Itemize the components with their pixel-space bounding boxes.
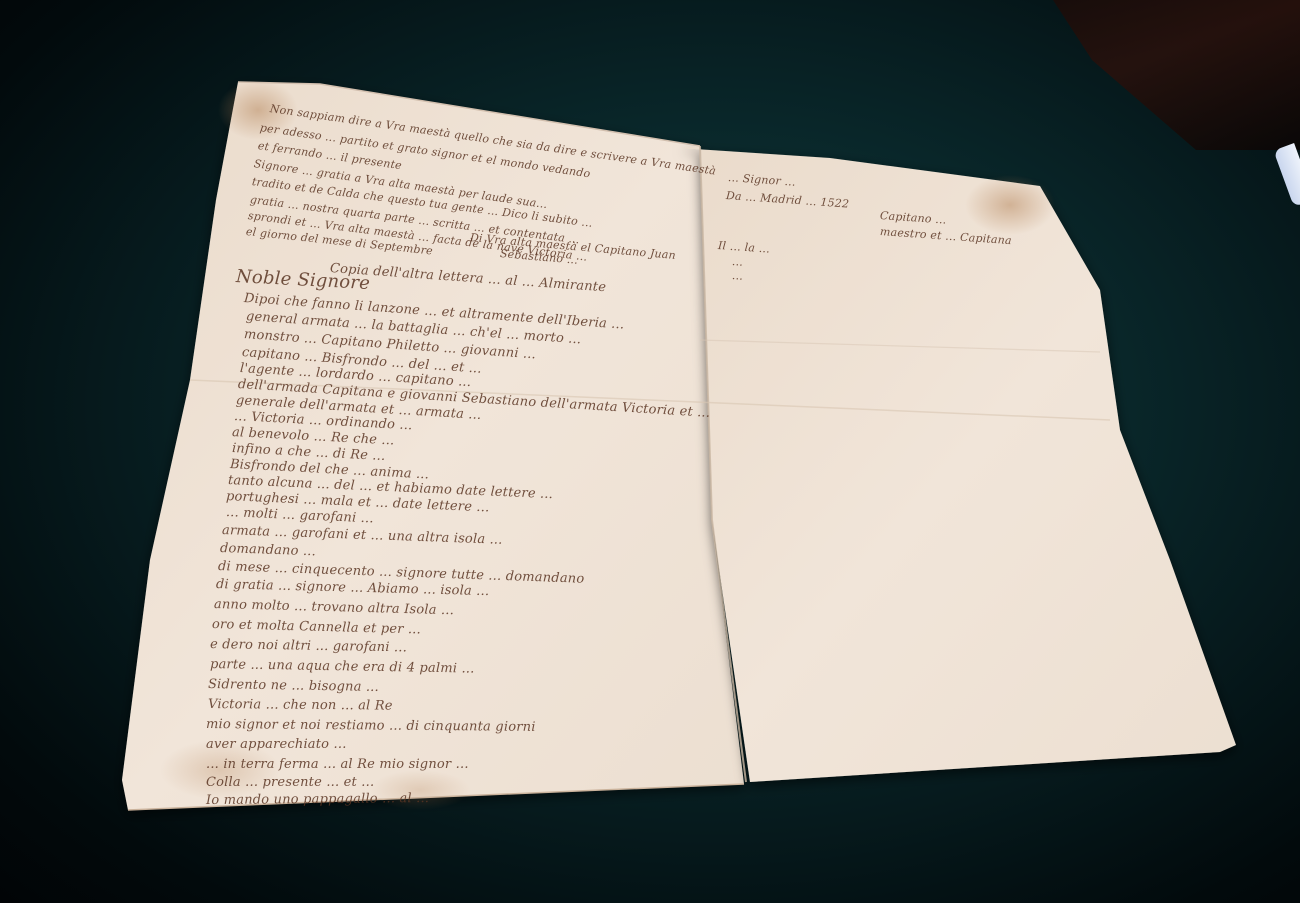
body-line: aver apparechiato ...: [206, 738, 347, 751]
body-line: Victoria ... che non ... al Re: [208, 698, 393, 713]
body-line: e dero noi altri ... garofani ...: [210, 638, 407, 654]
right-note-line: Il ... la ...: [718, 240, 771, 255]
body-line: domandano ...: [220, 542, 316, 558]
body-line: Colla ... presente ... et ...: [206, 776, 374, 789]
manuscript-paper: [0, 0, 1300, 903]
right-note-line: ...: [732, 256, 744, 268]
right-note-line: ...: [732, 270, 744, 282]
body-line: Sidrento ne ... bisogna ...: [208, 678, 379, 694]
body-line: Io mando uno pappagallo ... al ...: [206, 792, 429, 807]
body-line: mio signor et noi restiamo ... di cinqua…: [206, 718, 536, 734]
body-line: ... in terra ferma ... al Re mio signor …: [206, 758, 469, 771]
